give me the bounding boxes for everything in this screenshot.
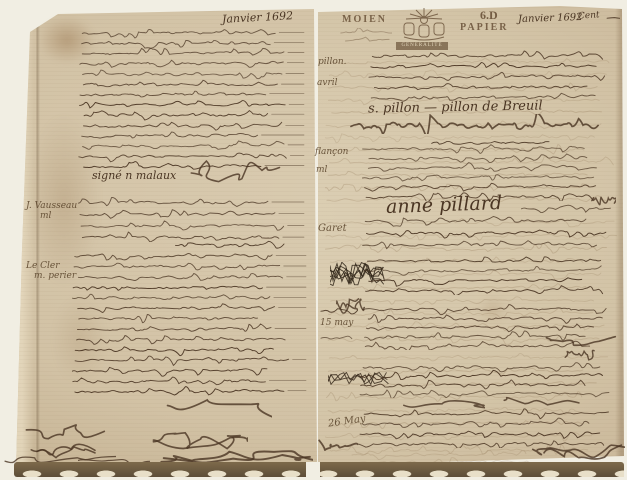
right-margin-15may: 15 may <box>320 318 353 328</box>
stamp-word-left: MOIEN <box>342 14 387 25</box>
signature-flourish <box>20 420 115 444</box>
right-margin-scribble <box>318 305 358 315</box>
right-margin-scribble <box>318 332 354 342</box>
folio-note: Cent <box>578 10 600 21</box>
right-margin-pillon: pillon. <box>318 57 346 67</box>
stamp-banner: GENERALITE <box>396 42 448 50</box>
stamp-subline <box>340 28 392 44</box>
left-entry-2-dateline <box>172 238 287 250</box>
manuscript-scan: Janvier 1692 signé n malaux J. Vausseau … <box>0 0 627 480</box>
right-margin-flancon: flançon <box>315 147 348 157</box>
right-entry-a <box>368 50 614 102</box>
left-entry-2 <box>78 196 306 242</box>
left-margin-note-1: J. Vausseau ml <box>26 201 77 221</box>
right-entry-c <box>362 214 614 250</box>
signature-flourish <box>150 393 272 423</box>
signature-flourish <box>538 330 622 348</box>
right-margin-garet: Garet <box>318 224 347 234</box>
left-entry-1 <box>78 27 306 171</box>
right-header-date: Janvier 1692 <box>518 12 583 25</box>
right-margin-ml: ml <box>316 165 327 175</box>
signature-flourish <box>190 156 308 188</box>
left-margin-note-2: Le Cler m. perier <box>26 261 76 281</box>
right-margin-avril: avril <box>317 78 338 88</box>
folio-flourish <box>602 12 620 22</box>
paraph-flourish <box>588 192 616 210</box>
right-heading-large <box>345 114 617 134</box>
right-entry-d <box>362 255 614 295</box>
stamp-word-right: PAPIER <box>460 22 508 33</box>
left-entry-3 <box>72 250 308 396</box>
gutter-notch <box>306 462 320 478</box>
stamp-denomination: 6.D <box>480 8 498 23</box>
left-entry-1-signoff: signé n malaux <box>92 169 176 182</box>
